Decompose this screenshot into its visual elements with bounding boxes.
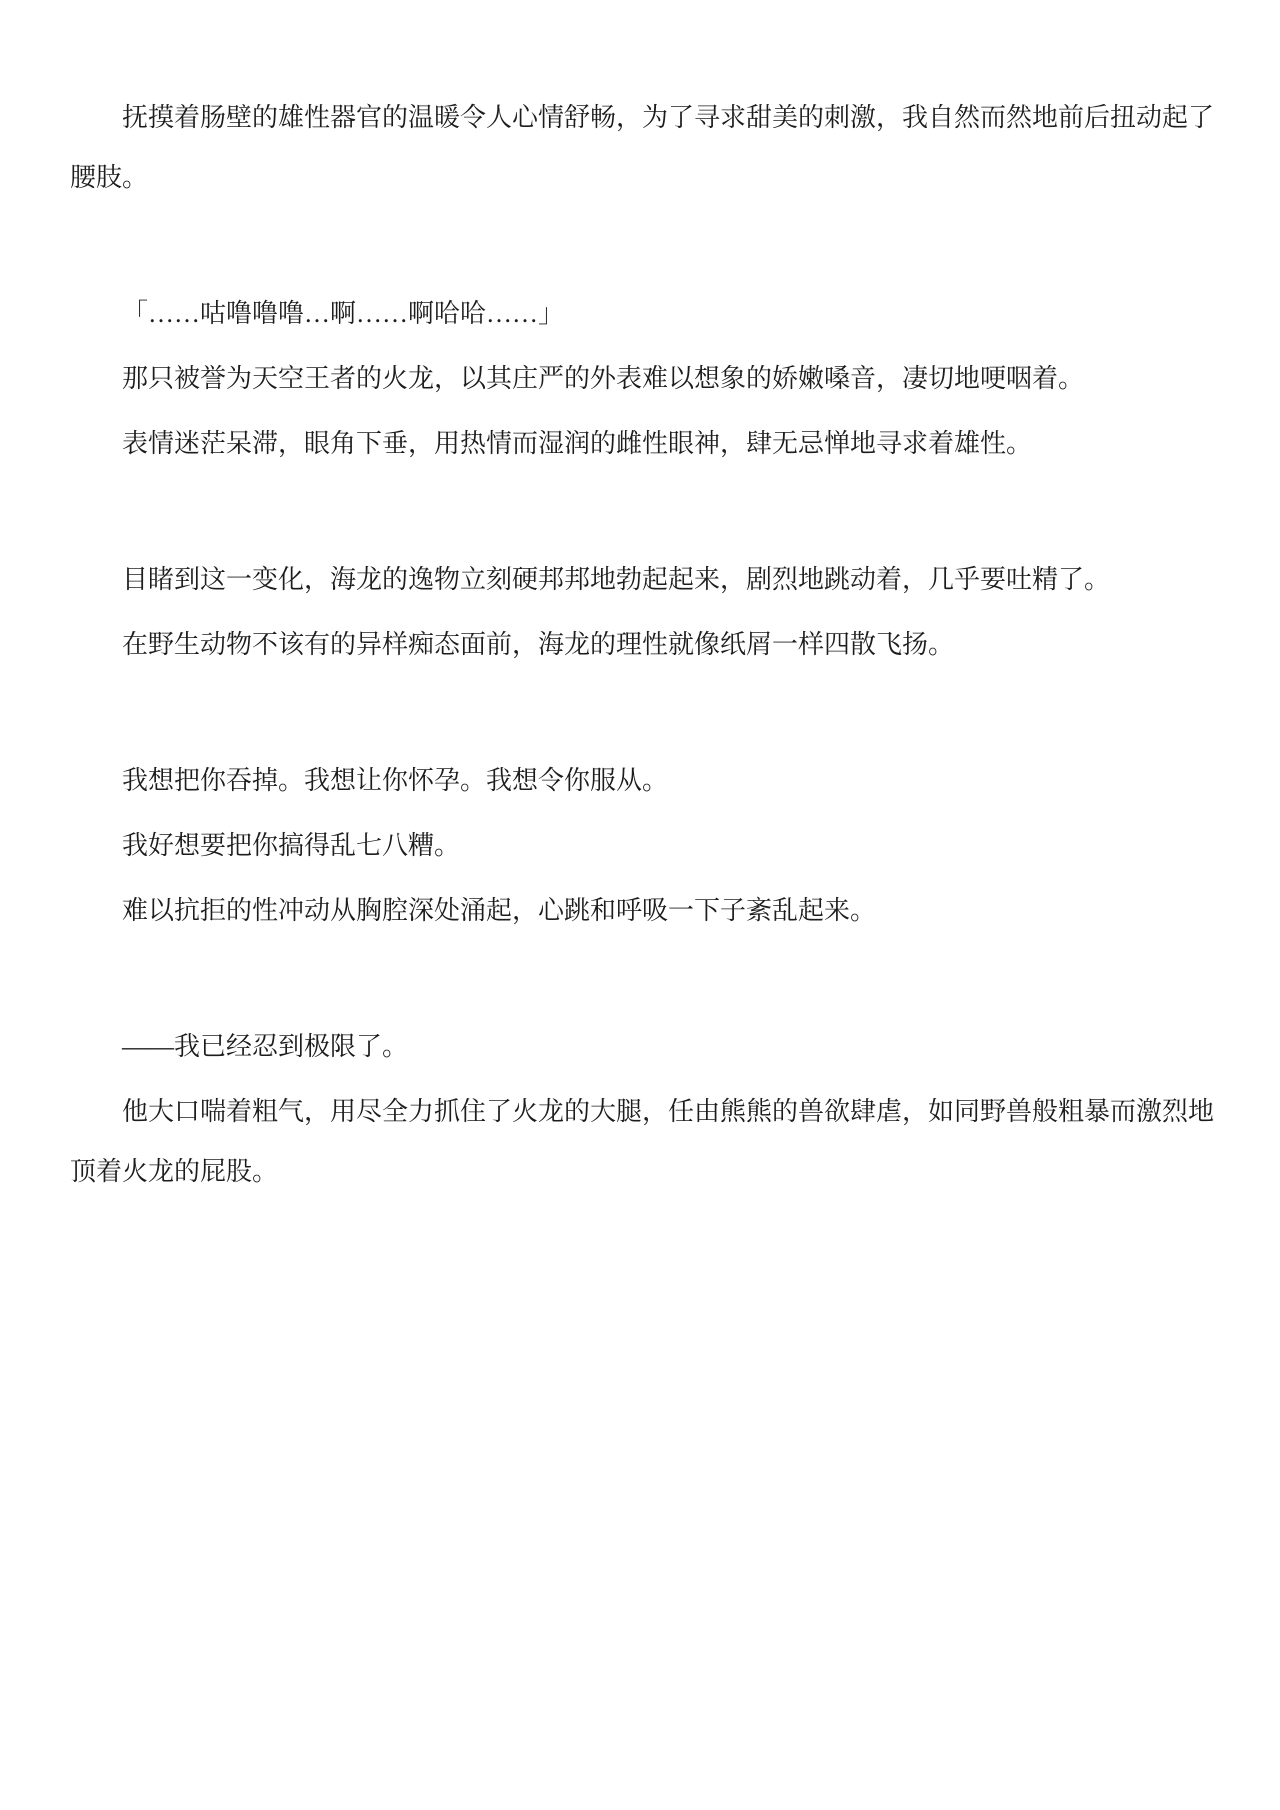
paragraph: 我想把你吞掉。我想让你怀孕。我想令你服从。 (70, 751, 1220, 811)
paragraph: 目睹到这一变化，海龙的逸物立刻硬邦邦地勃起起来，剧烈地跳动着，几乎要吐精了。 (70, 550, 1220, 610)
blank-line (70, 946, 1220, 1017)
blank-line (70, 680, 1220, 751)
text-body: 抚摸着肠壁的雄性器官的温暖令人心情舒畅，为了寻求甜美的刺激，我自然而然地前后扭动… (70, 88, 1220, 1202)
blank-line (70, 479, 1220, 550)
paragraph: ——我已经忍到极限了。 (70, 1017, 1220, 1077)
document-page: 抚摸着肠壁的雄性器官的温暖令人心情舒畅，为了寻求甜美的刺激，我自然而然地前后扭动… (0, 0, 1280, 1810)
paragraph: 表情迷茫呆滞，眼角下垂，用热情而湿润的雌性眼神，肆无忌惮地寻求着雄性。 (70, 414, 1220, 474)
paragraph: 难以抗拒的性冲动从胸腔深处涌起，心跳和呼吸一下子紊乱起来。 (70, 881, 1220, 941)
blank-line (70, 213, 1220, 284)
paragraph: 他大口喘着粗气，用尽全力抓住了火龙的大腿，任由熊熊的兽欲肆虐，如同野兽般粗暴而激… (70, 1082, 1220, 1202)
paragraph: 在野生动物不该有的异样痴态面前，海龙的理性就像纸屑一样四散飞扬。 (70, 615, 1220, 675)
dialogue-line: 「……咕噜噜噜…啊……啊哈哈……」 (70, 284, 1220, 344)
paragraph: 抚摸着肠壁的雄性器官的温暖令人心情舒畅，为了寻求甜美的刺激，我自然而然地前后扭动… (70, 88, 1220, 208)
paragraph: 我好想要把你搞得乱七八糟。 (70, 816, 1220, 876)
paragraph: 那只被誉为天空王者的火龙，以其庄严的外表难以想象的娇嫩嗓音，凄切地哽咽着。 (70, 349, 1220, 409)
